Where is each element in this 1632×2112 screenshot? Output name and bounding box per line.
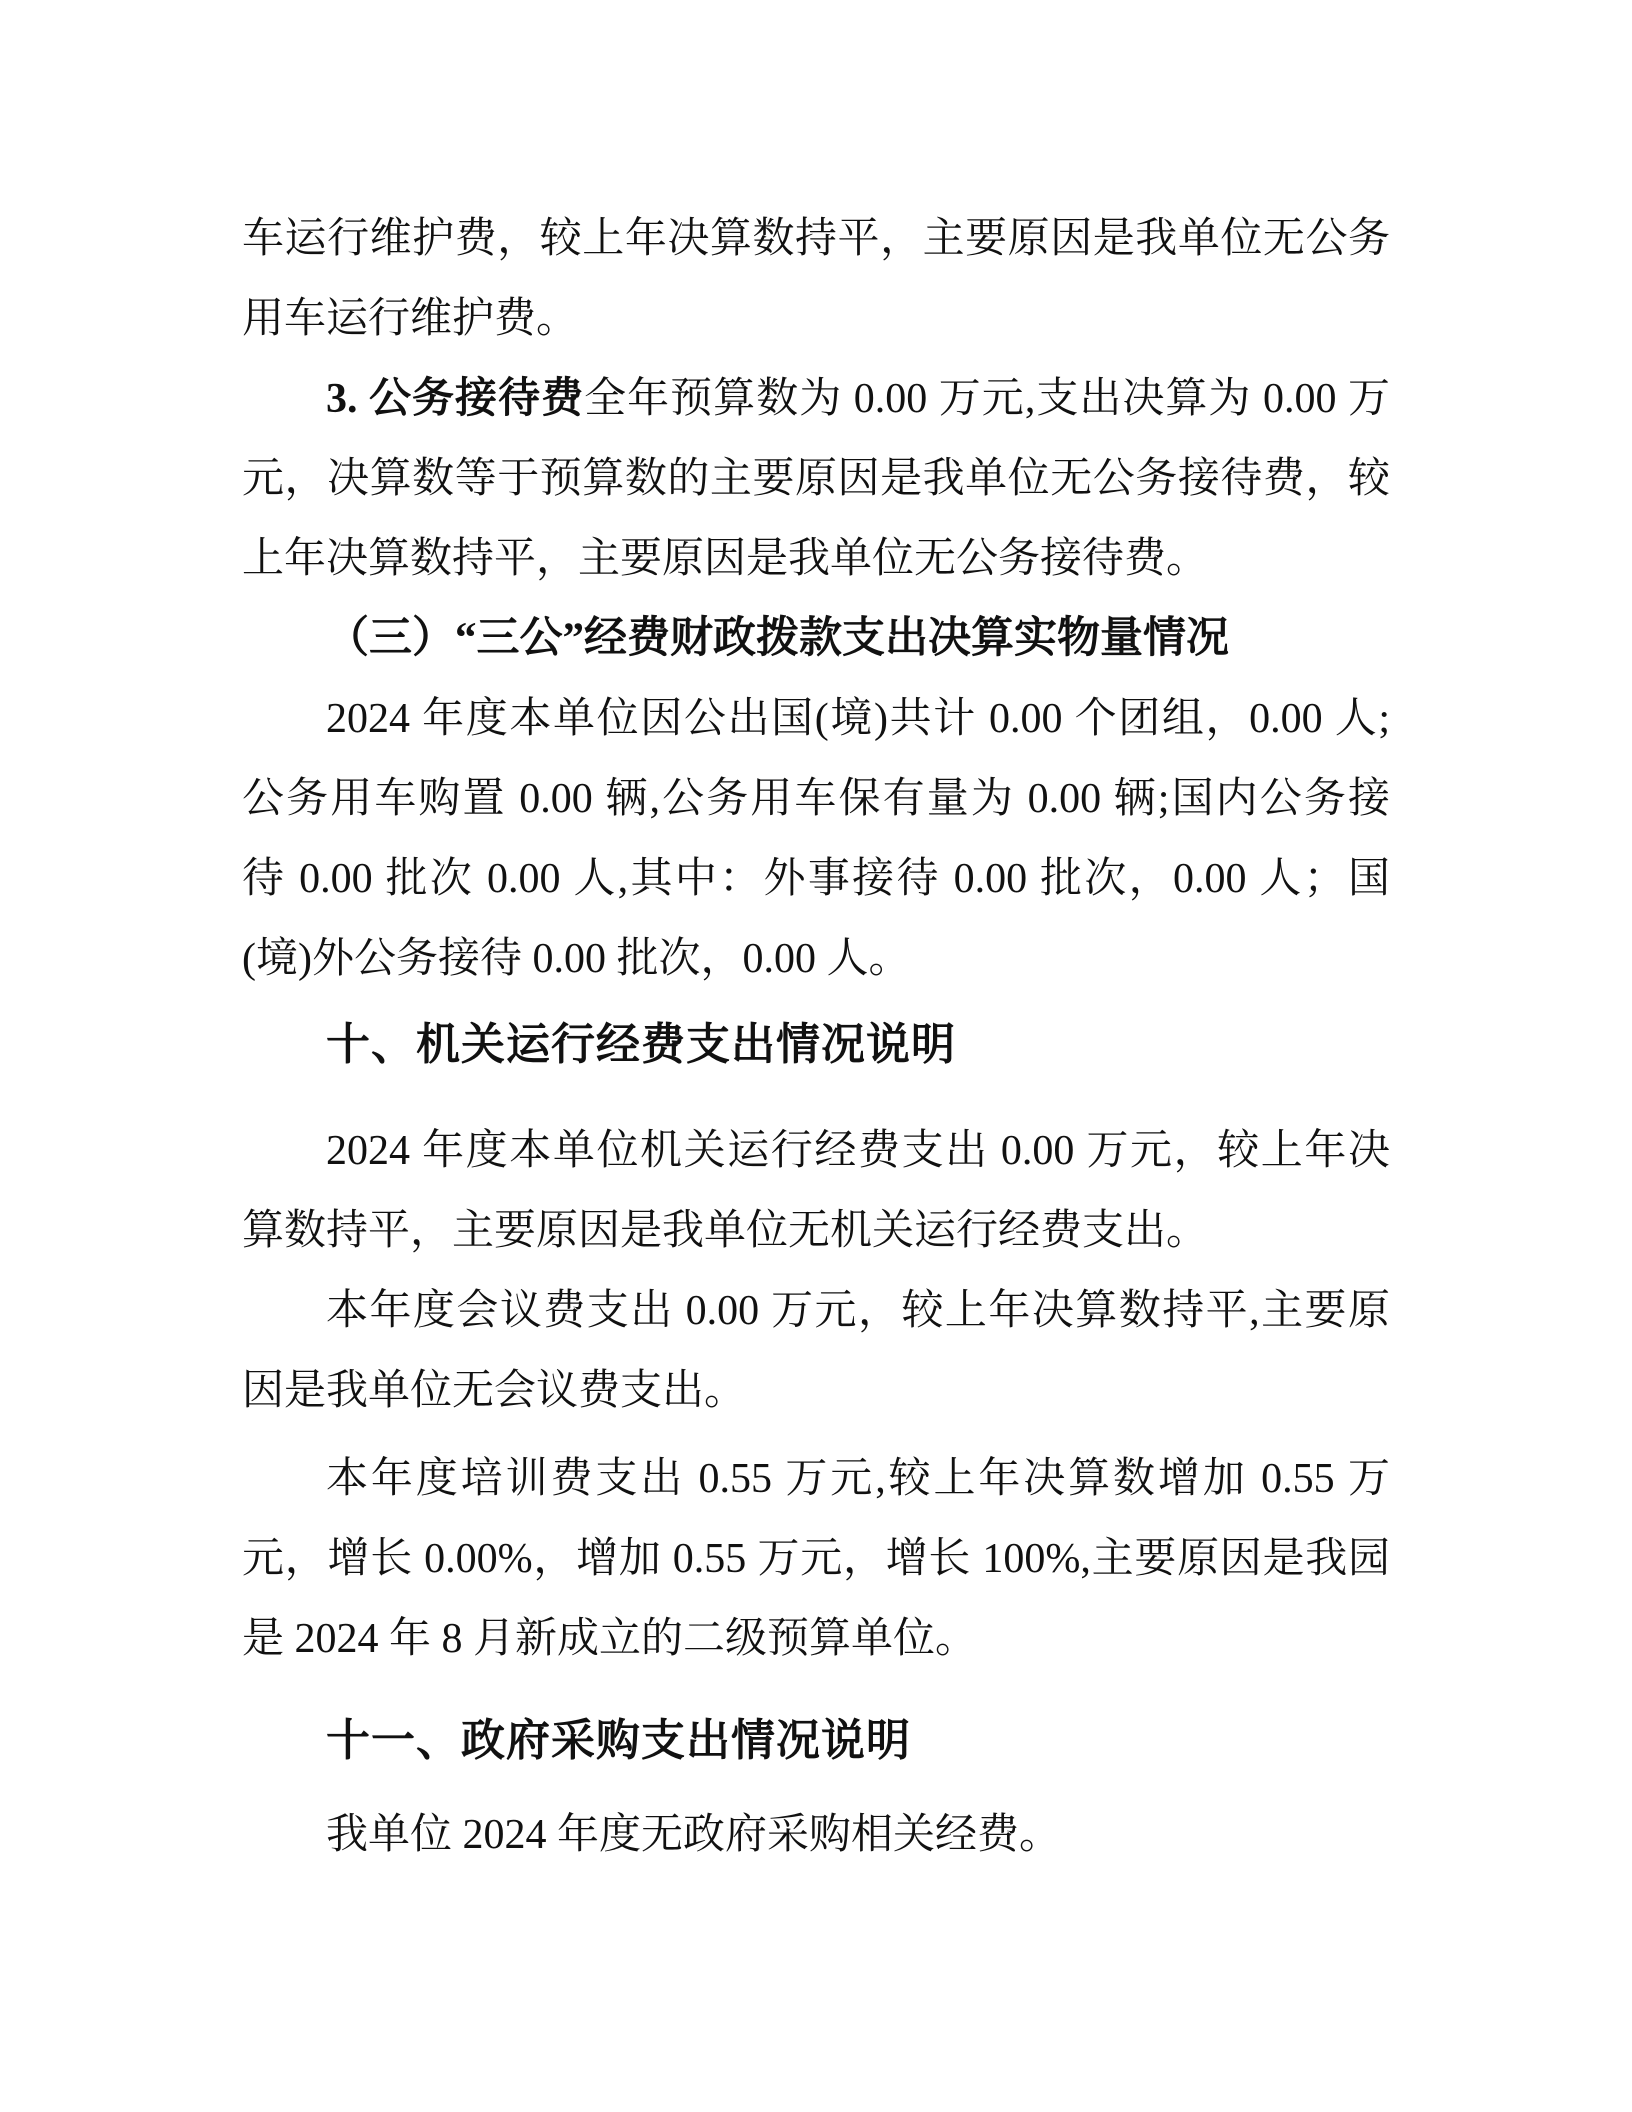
text-line: 元，决算数等于预算数的主要原因是我单位无公务接待费，较 (242, 439, 1390, 519)
paragraph-physical-quantities: 2024 年度本单位因公出国(境)共计 0.00 个团组，0.00 人; 公务用… (242, 679, 1390, 999)
paragraph-meeting-fee: 本年度会议费支出 0.00 万元，较上年决算数持平,主要原 因是我单位无会议费支… (242, 1271, 1390, 1431)
paragraph-government-procurement: 我单位 2024 年度无政府采购相关经费。 (242, 1795, 1390, 1875)
text-line: (境)外公务接待 0.00 批次，0.00 人。 (242, 919, 1390, 999)
document-page: 车运行维护费，较上年决算数持平，主要原因是我单位无公务 用车运行维护费。 3. … (0, 0, 1632, 2112)
paragraph-training-fee: 本年度培训费支出 0.55 万元,较上年决算数增加 0.55 万 元，增长 0.… (242, 1439, 1390, 1679)
text-line: 车运行维护费，较上年决算数持平，主要原因是我单位无公务 (242, 199, 1390, 279)
text-line: 待 0.00 批次 0.00 人,其中：外事接待 0.00 批次，0.00 人；… (242, 839, 1390, 919)
page-text-block: 车运行维护费，较上年决算数持平，主要原因是我单位无公务 用车运行维护费。 3. … (242, 199, 1390, 1875)
text-line: 2024 年度本单位机关运行经费支出 0.00 万元，较上年决 (242, 1111, 1390, 1191)
text-line: 2024 年度本单位因公出国(境)共计 0.00 个团组，0.00 人; (242, 679, 1390, 759)
text-line: 我单位 2024 年度无政府采购相关经费。 (242, 1795, 1390, 1875)
text-line: 算数持平，主要原因是我单位无机关运行经费支出。 (242, 1191, 1390, 1271)
sub-heading-three-public-funds: （三）“三公”经费财政拨款支出决算实物量情况 (242, 599, 1390, 679)
text-line: 公务用车购置 0.00 辆,公务用车保有量为 0.00 辆;国内公务接 (242, 759, 1390, 839)
text-line: 用车运行维护费。 (242, 279, 1390, 359)
paragraph-agency-operating: 2024 年度本单位机关运行经费支出 0.00 万元，较上年决 算数持平，主要原… (242, 1111, 1390, 1271)
paragraph-official-reception: 3. 公务接待费全年预算数为 0.00 万元,支出决算为 0.00 万 元，决算… (242, 359, 1390, 599)
text-line: 本年度会议费支出 0.00 万元，较上年决算数持平,主要原 (242, 1271, 1390, 1351)
text-line: 本年度培训费支出 0.55 万元,较上年决算数增加 0.55 万 (242, 1439, 1390, 1519)
text-run: 全年预算数为 0.00 万元,支出决算为 0.00 万 (584, 376, 1390, 422)
text-line: 3. 公务接待费全年预算数为 0.00 万元,支出决算为 0.00 万 (242, 359, 1390, 439)
bold-lead-run: 3. 公务接待费 (326, 376, 584, 422)
section-heading-government-procurement: 十一、政府采购支出情况说明 (242, 1701, 1390, 1781)
paragraph-vehicle-maintenance: 车运行维护费，较上年决算数持平，主要原因是我单位无公务 用车运行维护费。 (242, 199, 1390, 359)
text-line: 元，增长 0.00%，增加 0.55 万元，增长 100%,主要原因是我园 (242, 1519, 1390, 1599)
section-heading-agency-operating-expenses: 十、机关运行经费支出情况说明 (242, 1005, 1390, 1085)
text-line: 是 2024 年 8 月新成立的二级预算单位。 (242, 1599, 1390, 1679)
text-line: 上年决算数持平，主要原因是我单位无公务接待费。 (242, 519, 1390, 599)
text-line: 因是我单位无会议费支出。 (242, 1351, 1390, 1431)
